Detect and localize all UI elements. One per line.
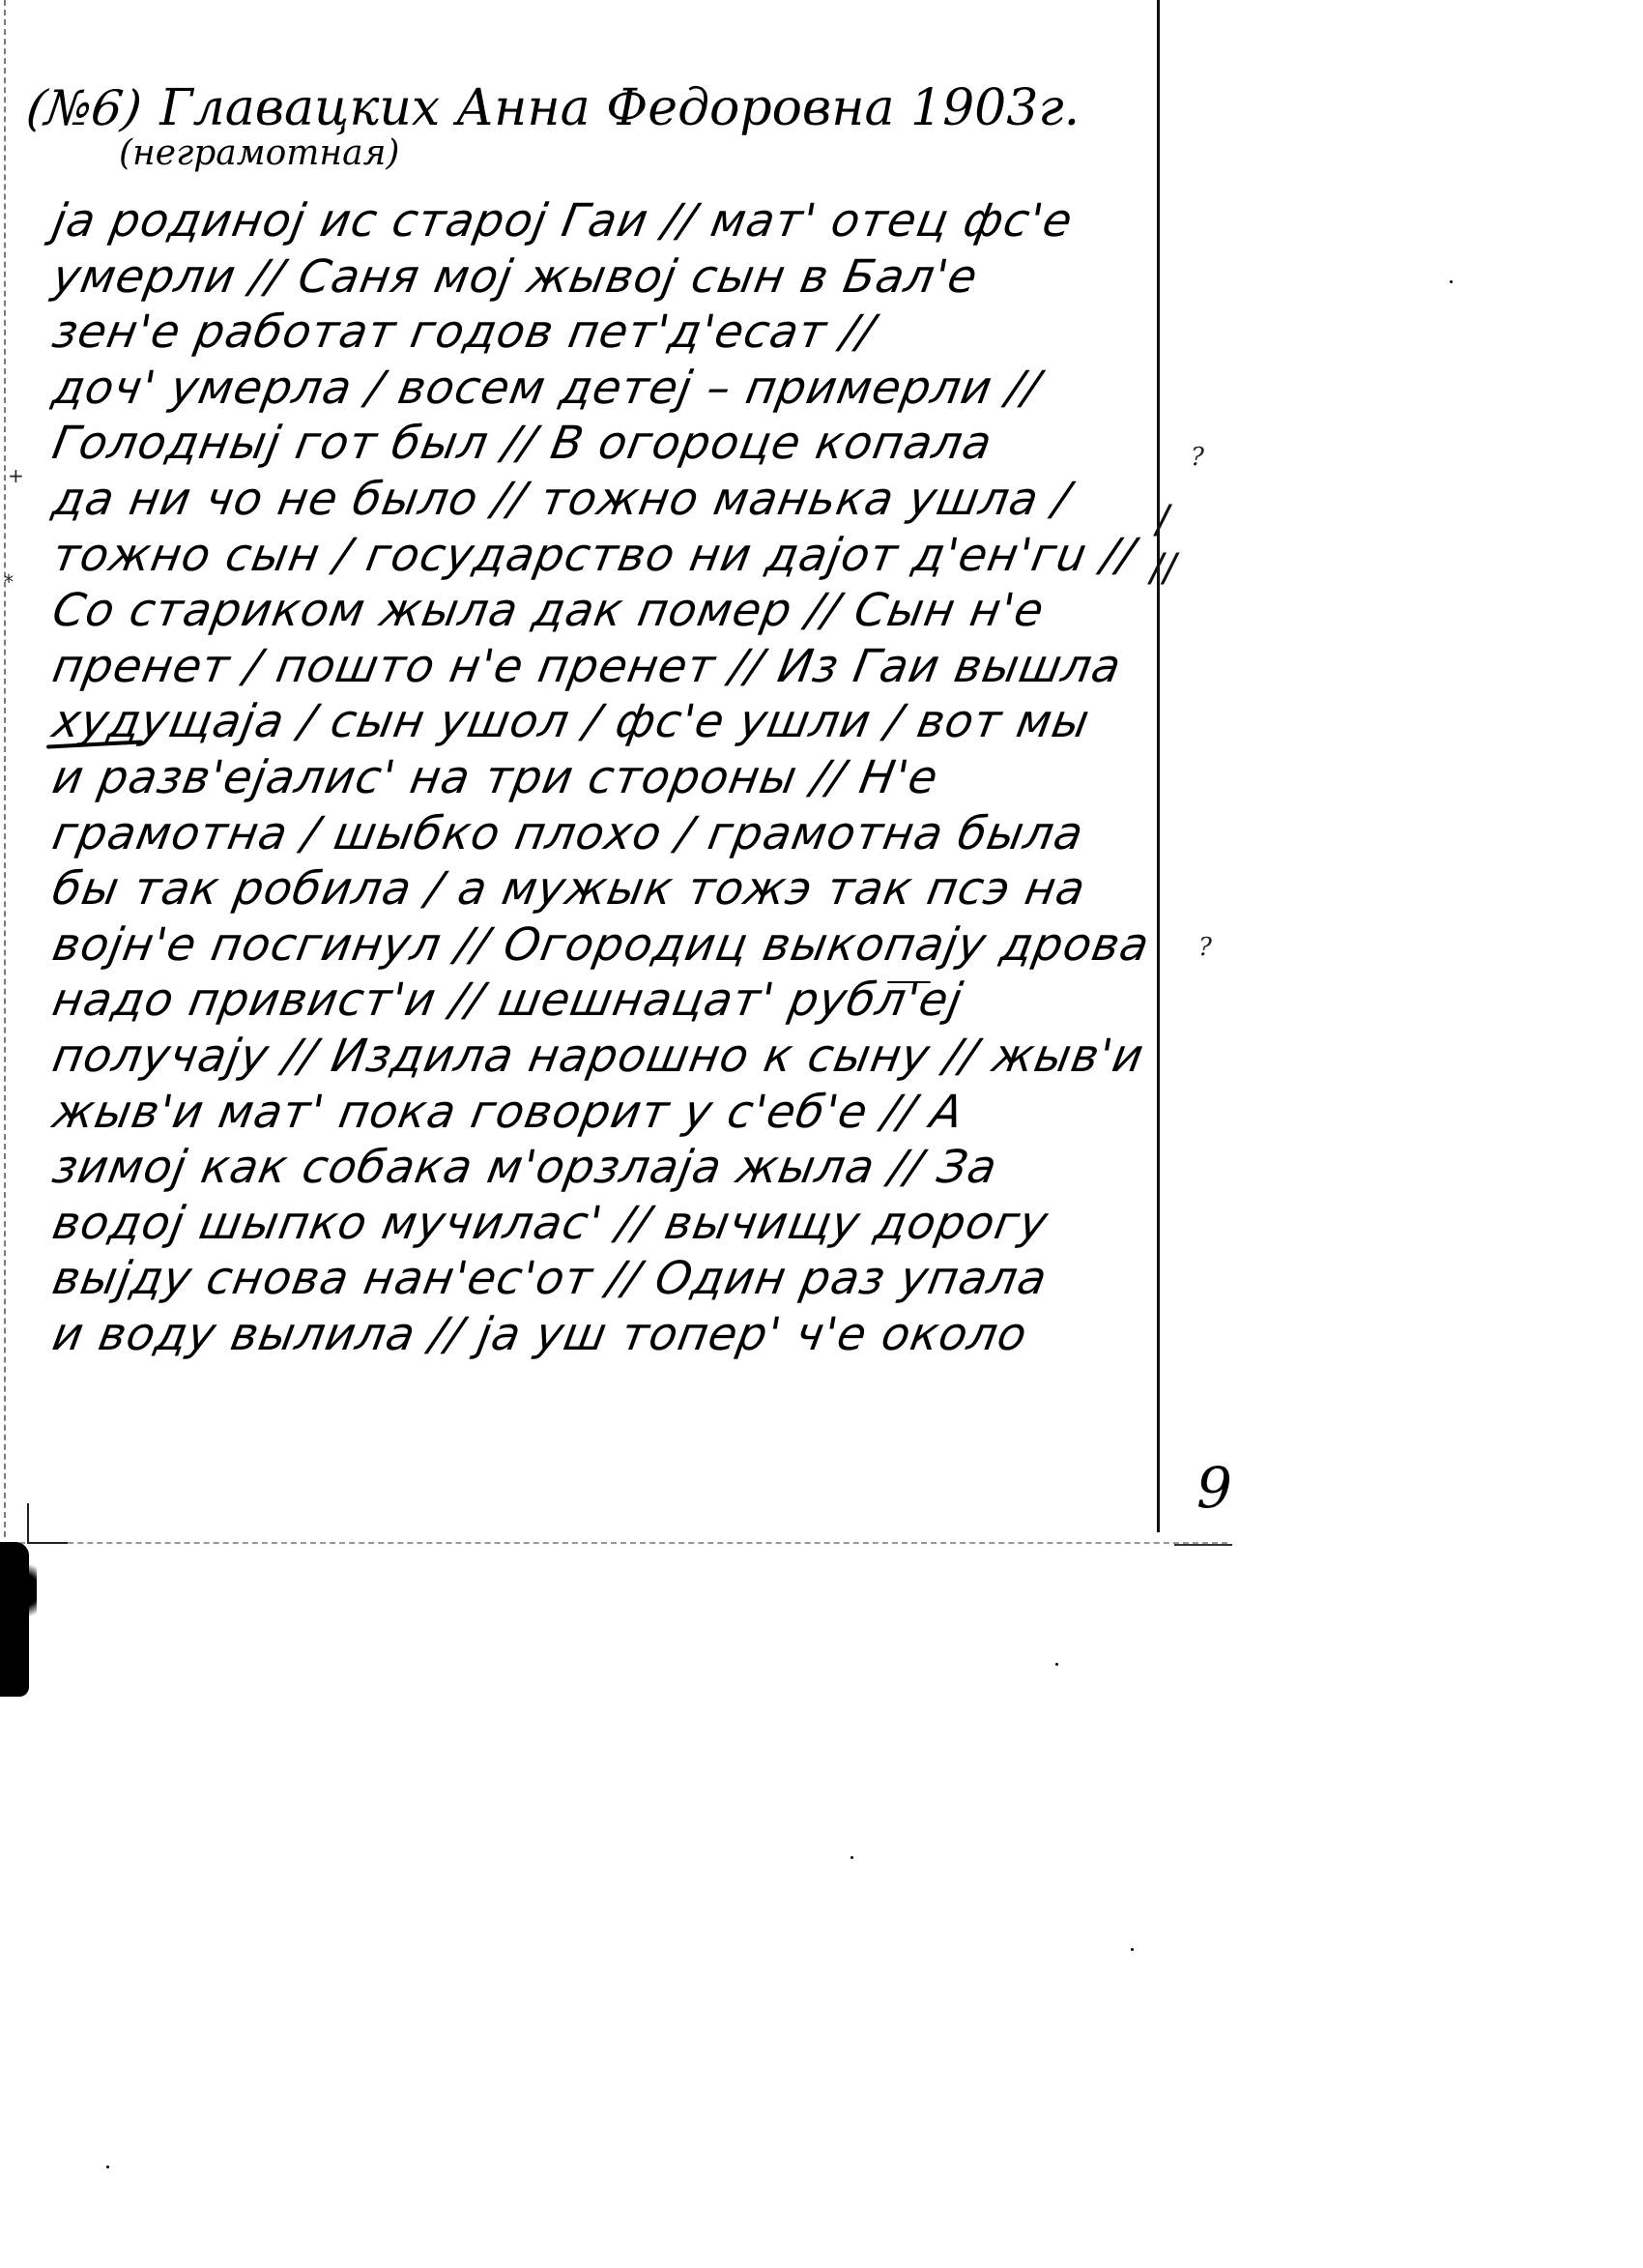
document-header: (№6) Главацких Анна Федоровна 1903г. (не… — [27, 79, 1158, 137]
slash-mark: // — [1150, 546, 1176, 591]
margin-cross-mark: + — [8, 464, 24, 487]
text-line: грамотна / шыбко плохо / грамотна была — [48, 806, 1160, 862]
text-line: жыв'и мат' пока говорит у с'еб'е // А — [48, 1085, 1160, 1141]
scan-smudge — [0, 1542, 29, 1697]
text-line: да ни чо не было // тожно манька ушла / — [48, 472, 1160, 528]
text-line: ja родиној ис старој Гаи // мат' отец фс… — [48, 193, 1160, 249]
text-line: бы так робила / а мужык тожэ так псэ на — [48, 861, 1160, 917]
text-line: и разв'ејалис' на три стороны // Н'е — [48, 750, 1160, 806]
scan-speck — [1055, 1663, 1058, 1666]
text-line: получају // Издила нарошно к сыну // жыв… — [48, 1029, 1160, 1085]
left-page-edge — [4, 0, 6, 1537]
text-line: Голодныј гот был // В огороце копала — [48, 416, 1160, 472]
text-line: надо привист'и // шешнацат' рубл'еј — [48, 973, 1160, 1029]
text-line: пренет / пошто н'е пренет // Из Гаи вышл… — [48, 639, 1160, 695]
informant-name: Главацких Анна Федоровна 1903г. — [159, 79, 1080, 137]
underline-mark — [887, 981, 931, 983]
text-line: и воду вылила // ja уш топер' ч'е около — [48, 1307, 1160, 1363]
text-line: худущаја / сын ушол / фс'е ушли / вот мы — [48, 694, 1160, 750]
margin-question-mark: ? — [1191, 443, 1204, 472]
text-line: зимој как собака м'орзлаја жыла // За — [48, 1140, 1160, 1196]
inner-corner-mark — [27, 1503, 68, 1544]
text-line: зен'е работат годов пет'д'есат // — [48, 305, 1160, 361]
text-line: выјду снова нан'ес'от // Один раз упала — [48, 1251, 1160, 1307]
page-number: 9 — [1196, 1455, 1232, 1521]
bottom-page-edge — [0, 1542, 1227, 1544]
text-line: доч' умерла / восем детеј – примерли // — [48, 361, 1160, 417]
page-number-underline — [1174, 1544, 1232, 1546]
text-line: Со стариком жыла дак помер // Сын н'е — [48, 583, 1160, 639]
scanned-page: (№6) Главацких Анна Федоровна 1903г. (не… — [0, 0, 1643, 2268]
text-line: војн'е посгинул // Огородиц выкопају дро… — [48, 917, 1160, 974]
informant-note: (неграмотная) — [119, 133, 399, 173]
text-line: водој шыпко мучилас' // вычищу дорогу — [48, 1196, 1160, 1252]
text-line: тожно сын / государство ни дајот д'ен'гu… — [48, 528, 1160, 584]
slash-mark: / — [1156, 498, 1168, 542]
scan-speck — [106, 2166, 109, 2168]
transcript-body: ja родиној ис старој Гаи // мат' отец фс… — [48, 193, 1150, 1362]
scan-speck — [1131, 1948, 1134, 1951]
margin-star-mark: * — [4, 570, 14, 594]
margin-question-mark: ? — [1198, 933, 1212, 962]
scan-speck — [1450, 280, 1453, 283]
record-number: (№6) — [23, 80, 145, 136]
text-line: умерли // Саня мој жывој сын в Бал'е — [48, 249, 1160, 305]
right-margin-rule — [1157, 0, 1160, 1532]
scan-speck — [850, 1856, 853, 1859]
